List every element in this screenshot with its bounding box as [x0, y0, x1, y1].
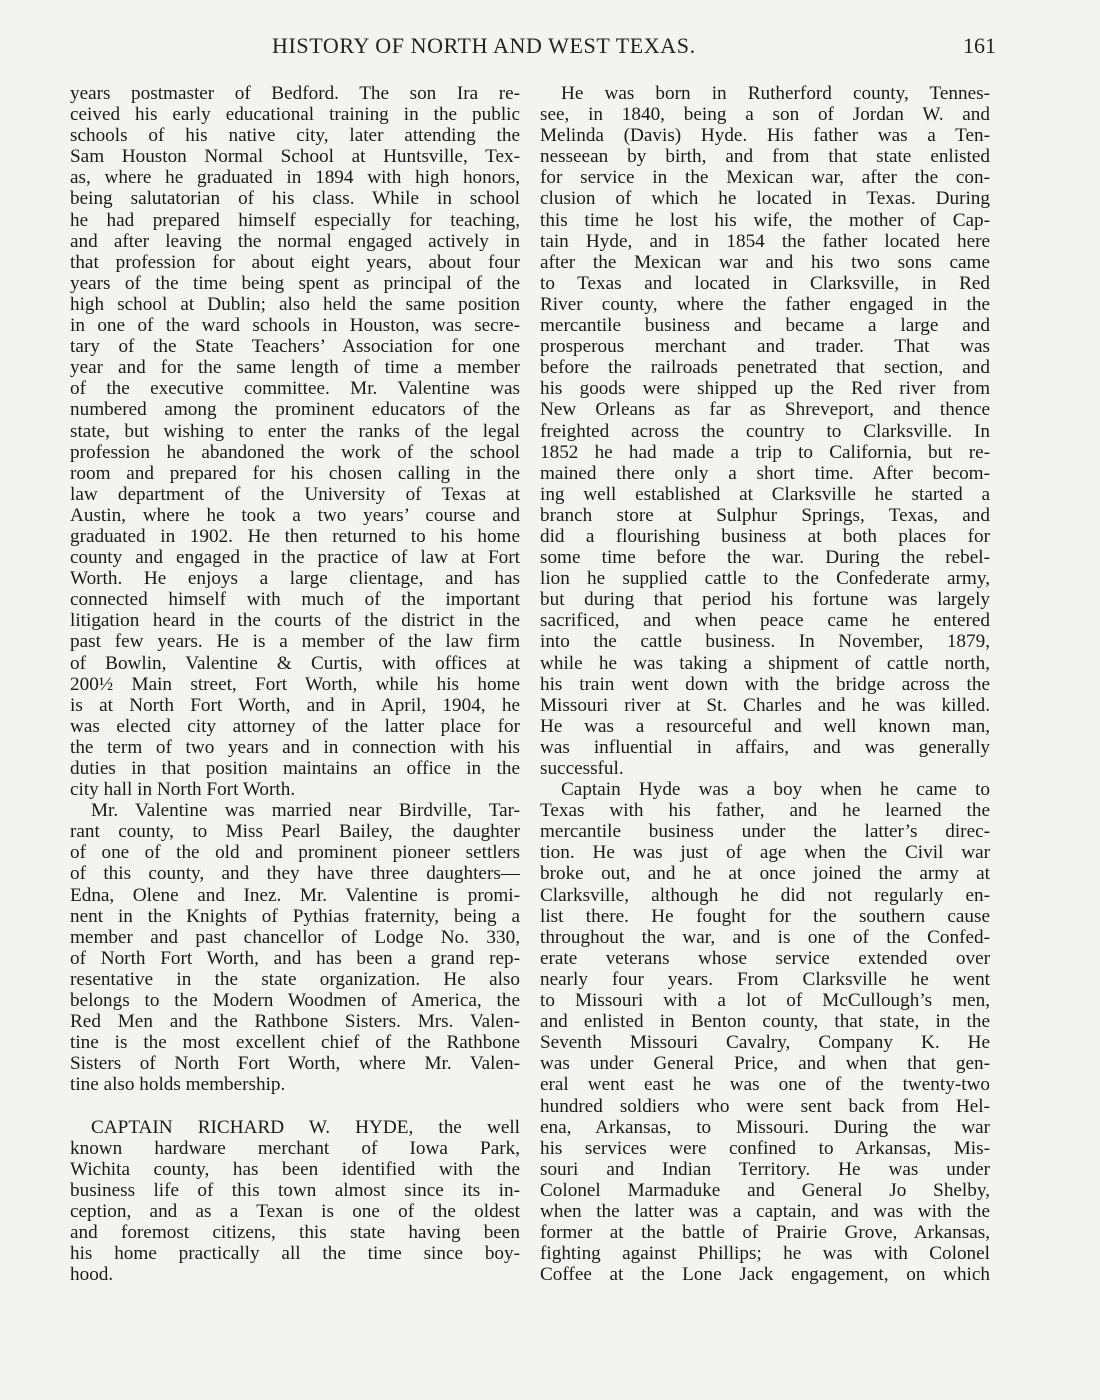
text-line: profession he abandoned the work of the …	[70, 442, 520, 463]
text-line: high school at Dublin; also held the sam…	[70, 294, 520, 315]
text-line: Red Men and the Rathbone Sisters. Mrs. V…	[70, 1011, 520, 1032]
text-line: his goods were shipped up the Red river …	[540, 378, 990, 399]
text-line: 1852 he had made a trip to California, b…	[540, 442, 990, 463]
paragraph: years postmaster of Bedford. The son Ira…	[70, 83, 520, 800]
text-line: sacrificed, and when peace came he enter…	[540, 610, 990, 631]
text-line: when the latter was a captain, and was w…	[540, 1201, 990, 1222]
text-line: Clarksville, although he did not regular…	[540, 885, 990, 906]
text-line: mercantile business under the latter’s d…	[540, 821, 990, 842]
text-line: Sam Houston Normal School at Huntsville,…	[70, 146, 520, 167]
text-line: Mr. Valentine was married near Birdville…	[70, 800, 520, 821]
text-line: Missouri river at St. Charles and he was…	[540, 695, 990, 716]
paragraph: CAPTAIN RICHARD W. HYDE, the wellknown h…	[70, 1117, 520, 1286]
text-line: the term of two years and in connection …	[70, 737, 520, 758]
text-line: business life of this town almost since …	[70, 1180, 520, 1201]
text-line: year and for the same length of time a m…	[70, 357, 520, 378]
page-number: 161	[963, 33, 996, 59]
text-line: was influential in affairs, and was gene…	[540, 737, 990, 758]
text-line: is at North Fort Worth, and in April, 19…	[70, 695, 520, 716]
text-line: past few years. He is a member of the la…	[70, 631, 520, 652]
text-line: branch store at Sulphur Springs, Texas, …	[540, 505, 990, 526]
text-line: he had prepared himself especially for t…	[70, 210, 520, 231]
text-line: connected himself with much of the impor…	[70, 589, 520, 610]
text-line: Worth. He enjoys a large clientage, and …	[70, 568, 520, 589]
text-line: Captain Hyde was a boy when he came to	[540, 779, 990, 800]
text-line: Coffee at the Lone Jack engagement, on w…	[540, 1264, 990, 1285]
text-line: was elected city attorney of the latter …	[70, 716, 520, 737]
text-line: duties in that position maintains an off…	[70, 758, 520, 779]
text-line: years of the time being spent as princip…	[70, 273, 520, 294]
text-line: belongs to the Modern Woodmen of America…	[70, 990, 520, 1011]
text-line: 200½ Main street, Fort Worth, while his …	[70, 674, 520, 695]
text-line: some time before the war. During the reb…	[540, 547, 990, 568]
text-line: clusion of which he located in Texas. Du…	[540, 188, 990, 209]
text-line: schools of his native city, later attend…	[70, 125, 520, 146]
text-line: tion. He was just of age when the Civil …	[540, 842, 990, 863]
text-line: after the Mexican war and his two sons c…	[540, 252, 990, 273]
text-line: while he was taking a shipment of cattle…	[540, 653, 990, 674]
text-line: of this county, and they have three daug…	[70, 863, 520, 884]
text-line: of the executive committee. Mr. Valentin…	[70, 378, 520, 399]
text-line: and after leaving the normal engaged act…	[70, 231, 520, 252]
text-line: Austin, where he took a two years’ cours…	[70, 505, 520, 526]
text-line: ena, Arkansas, to Missouri. During the w…	[540, 1117, 990, 1138]
text-line: but during that period his fortune was l…	[540, 589, 990, 610]
text-line: erate veterans whose service extended ov…	[540, 948, 990, 969]
text-line: Wichita county, has been identified with…	[70, 1159, 520, 1180]
text-line: being salutatorian of his class. While i…	[70, 188, 520, 209]
text-line: freighted across the country to Clarksvi…	[540, 421, 990, 442]
text-line: city hall in North Fort Worth.	[70, 779, 520, 800]
text-line: tain Hyde, and in 1854 the father locate…	[540, 231, 990, 252]
text-line: his services were confined to Arkansas, …	[540, 1138, 990, 1159]
text-line: He was born in Rutherford county, Tennes…	[540, 83, 990, 104]
text-line: He was a resourceful and well known man,	[540, 716, 990, 737]
paragraph: Captain Hyde was a boy when he came toTe…	[540, 779, 990, 1285]
text-line: Edna, Olene and Inez. Mr. Valentine is p…	[70, 885, 520, 906]
text-line: mercantile business and became a large a…	[540, 315, 990, 336]
text-line: Colonel Marmaduke and General Jo Shelby,	[540, 1180, 990, 1201]
text-line: ceived his early educational training in…	[70, 104, 520, 125]
text-line: his home practically all the time since …	[70, 1243, 520, 1264]
text-line: and enlisted in Benton county, that stat…	[540, 1011, 990, 1032]
text-line: for service in the Mexican war, after th…	[540, 167, 990, 188]
text-line: litigation heard in the courts of the di…	[70, 610, 520, 631]
text-line: fighting against Phillips; he was with C…	[540, 1243, 990, 1264]
text-line: Texas with his father, and he learned th…	[540, 800, 990, 821]
text-line: rant county, to Miss Pearl Bailey, the d…	[70, 821, 520, 842]
running-title: HISTORY OF NORTH AND WEST TEXAS.	[272, 33, 696, 59]
text-line: souri and Indian Territory. He was under	[540, 1159, 990, 1180]
text-line: broke out, and he at once joined the arm…	[540, 863, 990, 884]
text-line: see, in 1840, being a son of Jordan W. a…	[540, 104, 990, 125]
text-line: successful.	[540, 758, 990, 779]
text-line: his train went down with the bridge acro…	[540, 674, 990, 695]
paragraph: Mr. Valentine was married near Birdville…	[70, 800, 520, 1095]
text-line: tine also holds membership.	[70, 1074, 520, 1095]
text-line: as, where he graduated in 1894 with high…	[70, 167, 520, 188]
text-line: list there. He fought for the southern c…	[540, 906, 990, 927]
text-line: numbered among the prominent educators o…	[70, 399, 520, 420]
page-header: HISTORY OF NORTH AND WEST TEXAS. 161	[0, 33, 1100, 63]
text-line: room and prepared for his chosen calling…	[70, 463, 520, 484]
text-line: tary of the State Teachers’ Association …	[70, 336, 520, 357]
text-line: Melinda (Davis) Hyde. His father was a T…	[540, 125, 990, 146]
text-line: and foremost citizens, this state having…	[70, 1222, 520, 1243]
text-line: of one of the old and prominent pioneer …	[70, 842, 520, 863]
text-line: ing well established at Clarksville he s…	[540, 484, 990, 505]
text-line: of North Fort Worth, and has been a gran…	[70, 948, 520, 969]
text-line: years postmaster of Bedford. The son Ira…	[70, 83, 520, 104]
text-line: known hardware merchant of Iowa Park,	[70, 1138, 520, 1159]
text-line: former at the battle of Prairie Grove, A…	[540, 1222, 990, 1243]
text-line: did a flourishing business at both place…	[540, 526, 990, 547]
text-line: New Orleans as far as Shreveport, and th…	[540, 399, 990, 420]
text-line: ception, and as a Texan is one of the ol…	[70, 1201, 520, 1222]
left-column: years postmaster of Bedford. The son Ira…	[70, 83, 520, 1285]
text-line: nesseean by birth, and from that state e…	[540, 146, 990, 167]
text-line: in one of the ward schools in Houston, w…	[70, 315, 520, 336]
text-line: state, but wishing to enter the ranks of…	[70, 421, 520, 442]
text-line: River county, where the father engaged i…	[540, 294, 990, 315]
text-line: lion he supplied cattle to the Confedera…	[540, 568, 990, 589]
text-line: hundred soldiers who were sent back from…	[540, 1096, 990, 1117]
text-line: to Missouri with a lot of McCullough’s m…	[540, 990, 990, 1011]
text-line: nearly four years. From Clarksville he w…	[540, 969, 990, 990]
paragraph: He was born in Rutherford county, Tennes…	[540, 83, 990, 779]
text-line: of Bowlin, Valentine & Curtis, with offi…	[70, 653, 520, 674]
text-line: into the cattle business. In November, 1…	[540, 631, 990, 652]
text-line: that profession for about eight years, a…	[70, 252, 520, 273]
text-line: throughout the war, and is one of the Co…	[540, 927, 990, 948]
text-line: member and past chancellor of Lodge No. …	[70, 927, 520, 948]
text-line: CAPTAIN RICHARD W. HYDE, the well	[70, 1117, 520, 1138]
text-line: resentative in the state organization. H…	[70, 969, 520, 990]
text-line: graduated in 1902. He then returned to h…	[70, 526, 520, 547]
text-line: Seventh Missouri Cavalry, Company K. He	[540, 1032, 990, 1053]
text-line: was under General Price, and when that g…	[540, 1053, 990, 1074]
text-line: Sisters of North Fort Worth, where Mr. V…	[70, 1053, 520, 1074]
text-line: county and engaged in the practice of la…	[70, 547, 520, 568]
text-line: before the railroads penetrated that sec…	[540, 357, 990, 378]
text-line: law department of the University of Texa…	[70, 484, 520, 505]
text-line: to Texas and located in Clarksville, in …	[540, 273, 990, 294]
text-line: prosperous merchant and trader. That was	[540, 336, 990, 357]
text-line: tine is the most excellent chief of the …	[70, 1032, 520, 1053]
text-line: this time he lost his wife, the mother o…	[540, 210, 990, 231]
text-line: hood.	[70, 1264, 520, 1285]
text-line: nent in the Knights of Pythias fraternit…	[70, 906, 520, 927]
text-line: eral went east he was one of the twenty-…	[540, 1074, 990, 1095]
right-column: He was born in Rutherford county, Tennes…	[540, 83, 990, 1285]
text-line: mained there only a short time. After be…	[540, 463, 990, 484]
